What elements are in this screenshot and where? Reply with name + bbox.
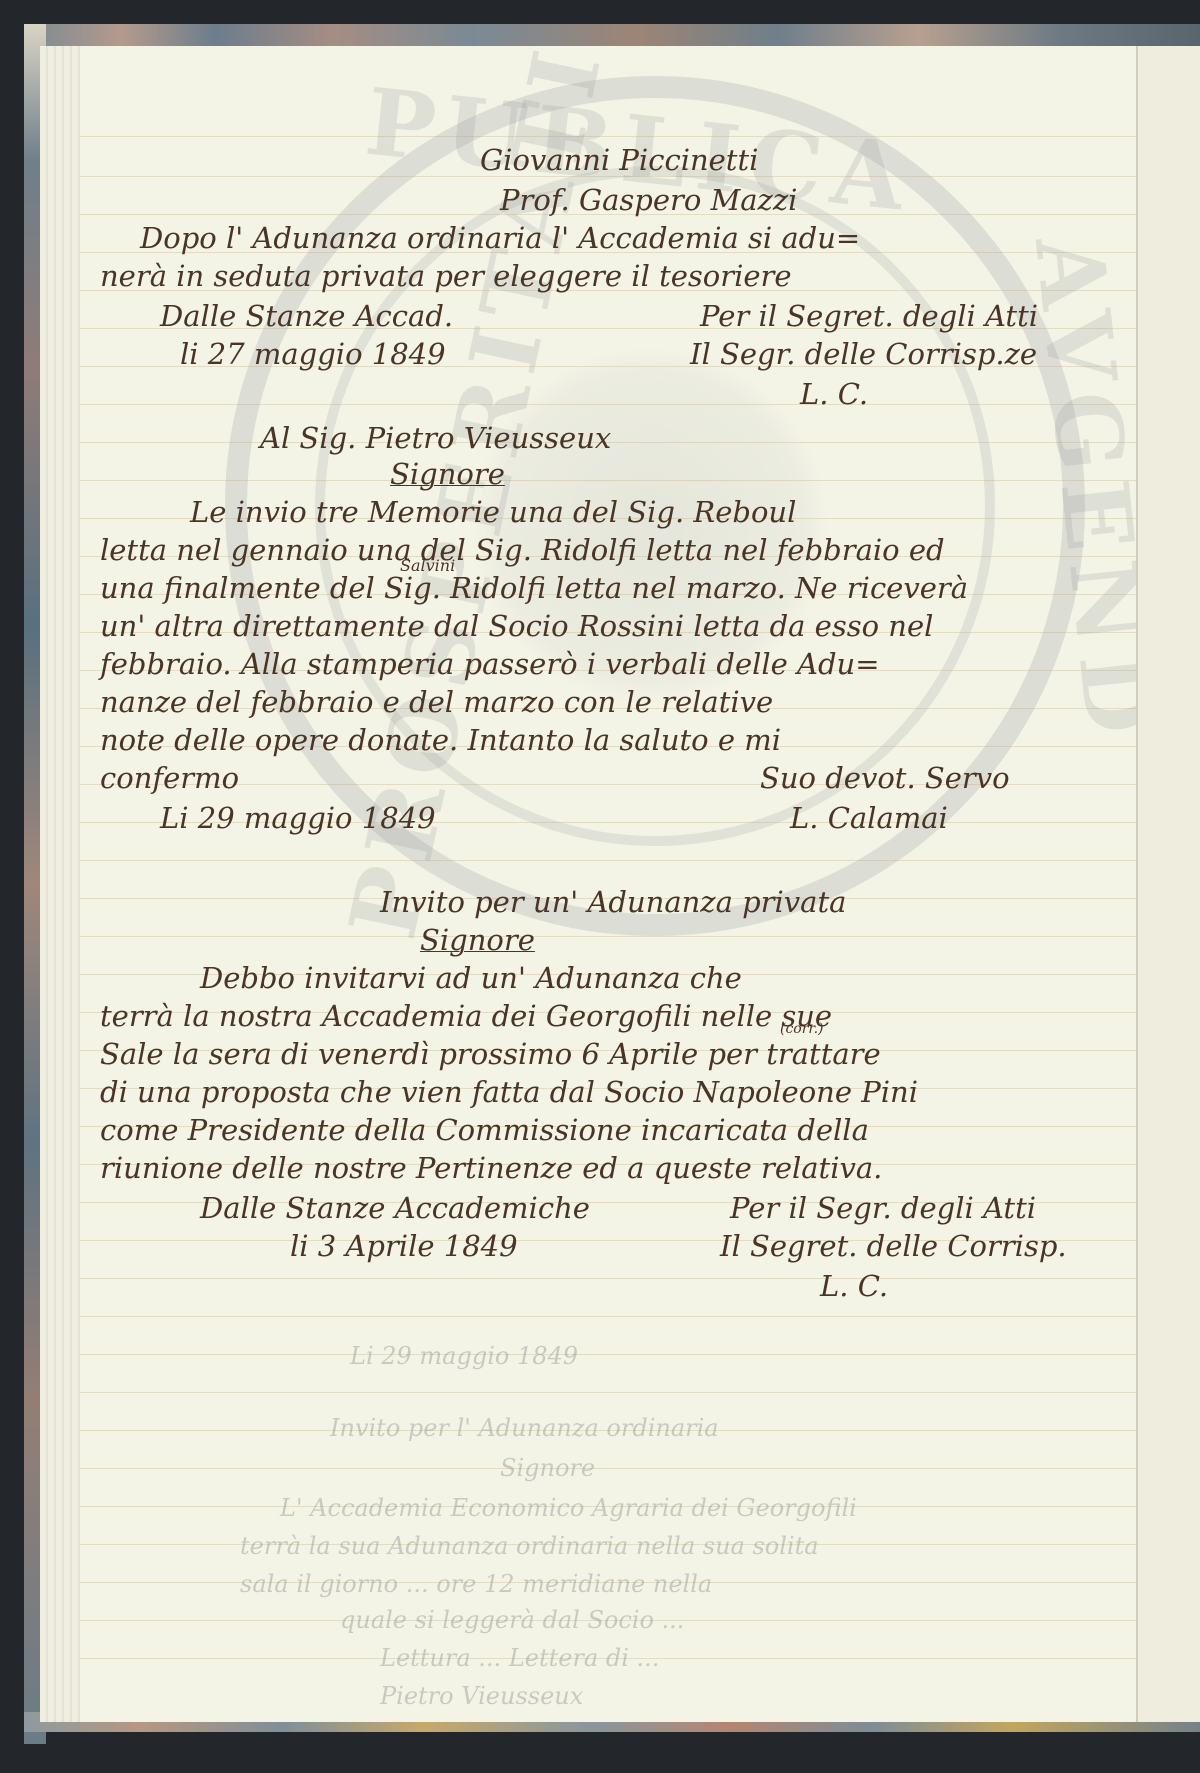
bleed-line: Lettura ... Lettera di ... <box>380 1646 659 1670</box>
ruled-line <box>80 1316 1136 1317</box>
letter-salutation: Signore <box>390 460 505 489</box>
entry-initials: L. C. <box>800 380 868 409</box>
letter-closing: Suo devot. Servo <box>760 764 1010 793</box>
invitation-body-line: come Presidente della Commissione incari… <box>100 1116 869 1145</box>
invitation-body-line: di una proposta che vien fatta dal Socio… <box>100 1078 918 1107</box>
ruled-line <box>80 1468 1136 1469</box>
letter-body-line: febbraio. Alla stamperia passerò i verba… <box>100 650 880 679</box>
invitation-body-line: terrà la nostra Accademia dei Georgofili… <box>100 1002 832 1031</box>
adjacent-leaf <box>1136 46 1200 1722</box>
invitation-signature-line: Il Segret. delle Corrisp. <box>720 1232 1067 1261</box>
invitation-body-line: riunione delle nostre Pertinenze ed a qu… <box>100 1154 882 1183</box>
invitation-title: Invito per un' Adunanza privata <box>380 888 846 917</box>
bleed-line: Invito per l' Adunanza ordinaria <box>330 1416 719 1440</box>
entry-date: li 27 maggio 1849 <box>180 340 446 369</box>
page-stack-edges <box>40 46 81 1722</box>
letter-signature: L. Calamai <box>790 804 948 833</box>
bleed-line: L' Accademia Economico Agraria dei Georg… <box>280 1496 857 1520</box>
entry-body-line: nerà in seduta privata per eleggere il t… <box>100 262 792 291</box>
letter-body-line: note delle opere donate. Intanto la salu… <box>100 726 781 755</box>
letter-body-line: un' altra direttamente dal Socio Rossini… <box>100 612 933 641</box>
bleed-line: Signore <box>500 1456 595 1480</box>
invitation-signature-line: Per il Segr. degli Atti <box>730 1194 1036 1223</box>
interlinear-correction: (corr.) <box>780 1022 824 1036</box>
bleed-line: Pietro Vieusseux <box>380 1684 583 1708</box>
bleed-line: Li 29 maggio 1849 <box>350 1344 578 1368</box>
entry-name-line: Giovanni Piccinetti <box>480 146 758 175</box>
letter-body-line: letta nel gennaio una del Sig. Ridolfi l… <box>100 536 945 565</box>
letter-body-line: Le invio tre Memorie una del Sig. Reboul <box>190 498 796 527</box>
invitation-place: Dalle Stanze Accademiche <box>200 1194 590 1223</box>
letter-body-line: confermo <box>100 764 239 793</box>
invitation-date: li 3 Aprile 1849 <box>290 1232 518 1261</box>
ruled-line <box>80 1392 1136 1393</box>
bleed-line: terrà la sua Adunanza ordinaria nella su… <box>240 1534 819 1558</box>
entry-signature-line: Il Segr. delle Corrisp.ze <box>690 340 1037 369</box>
letter-body-line: una finalmente del Sig. Ridolfi letta ne… <box>100 574 968 603</box>
invitation-body-line: Debbo invitarvi ad un' Adunanza che <box>200 964 742 993</box>
ruled-line <box>80 936 1136 937</box>
invitation-initials: L. C. <box>820 1272 888 1301</box>
letter-date: Li 29 maggio 1849 <box>160 804 436 833</box>
scan-background: PUBLICA PROSPERITATI AVGEND Li 29 maggio… <box>0 0 1200 1773</box>
invitation-salutation: Signore <box>420 926 535 955</box>
ruled-line <box>80 1354 1136 1355</box>
letter-body-line: nanze del febbraio e del marzo con le re… <box>100 688 773 717</box>
entry-body-line: Dopo l' Adunanza ordinaria l' Accademia … <box>140 224 860 253</box>
entry-signature-line: Per il Segret. degli Atti <box>700 302 1038 331</box>
bleed-line: sala il giorno ... ore 12 meridiane nell… <box>240 1572 712 1596</box>
invitation-body-line: Sale la sera di venerdì prossimo 6 April… <box>100 1040 881 1069</box>
letter-addressee: Al Sig. Pietro Vieusseux <box>260 424 611 453</box>
manuscript-page: PUBLICA PROSPERITATI AVGEND Li 29 maggio… <box>80 46 1136 1722</box>
ruled-line <box>80 1278 1136 1279</box>
entry-name-line: Prof. Gaspero Mazzi <box>500 186 797 215</box>
entry-place: Dalle Stanze Accad. <box>160 302 453 331</box>
bleed-line: quale si leggerà dal Socio ... <box>340 1608 684 1632</box>
